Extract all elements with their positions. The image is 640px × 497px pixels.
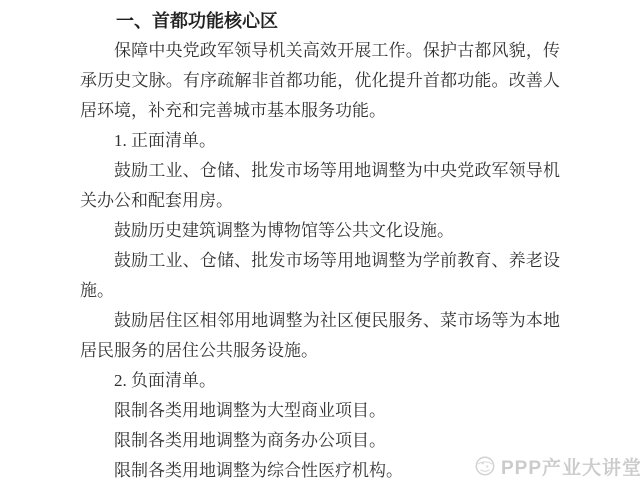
paragraph-overview: 保障中央党政军领导机关高效开展工作。保护古都风貌，传承历史文脉。有序疏解非首都功… xyxy=(80,36,560,126)
document-page: 一、首都功能核心区 保障中央党政军领导机关高效开展工作。保护古都风貌，传承历史文… xyxy=(0,0,640,497)
paragraph-positive-item-2: 鼓励历史建筑调整为博物馆等公共文化设施。 xyxy=(80,216,560,246)
paragraph-negative-list-title: 2. 负面清单。 xyxy=(80,366,560,396)
watermark: PPP产业大讲堂 xyxy=(474,453,640,479)
paragraph-positive-item-1: 鼓励工业、仓储、批发市场等用地调整为中央党政军领导机关办公和配套用房。 xyxy=(80,156,560,216)
section-heading: 一、首都功能核心区 xyxy=(80,6,560,36)
paragraph-negative-item-2: 限制各类用地调整为商务办公项目。 xyxy=(80,426,560,456)
paragraph-negative-item-1: 限制各类用地调整为大型商业项目。 xyxy=(80,396,560,426)
paragraph-positive-list-title: 1. 正面清单。 xyxy=(80,126,560,156)
paragraph-positive-item-4: 鼓励居住区相邻用地调整为社区便民服务、菜市场等为本地居民服务的居住公共服务设施。 xyxy=(80,306,560,366)
document-body: 一、首都功能核心区 保障中央党政军领导机关高效开展工作。保护古都风貌，传承历史文… xyxy=(80,6,560,486)
paragraph-positive-item-3: 鼓励工业、仓储、批发市场等用地调整为学前教育、养老设施。 xyxy=(80,246,560,306)
ppp-logo-icon xyxy=(474,455,496,477)
watermark-text: PPP产业大讲堂 xyxy=(501,453,640,480)
